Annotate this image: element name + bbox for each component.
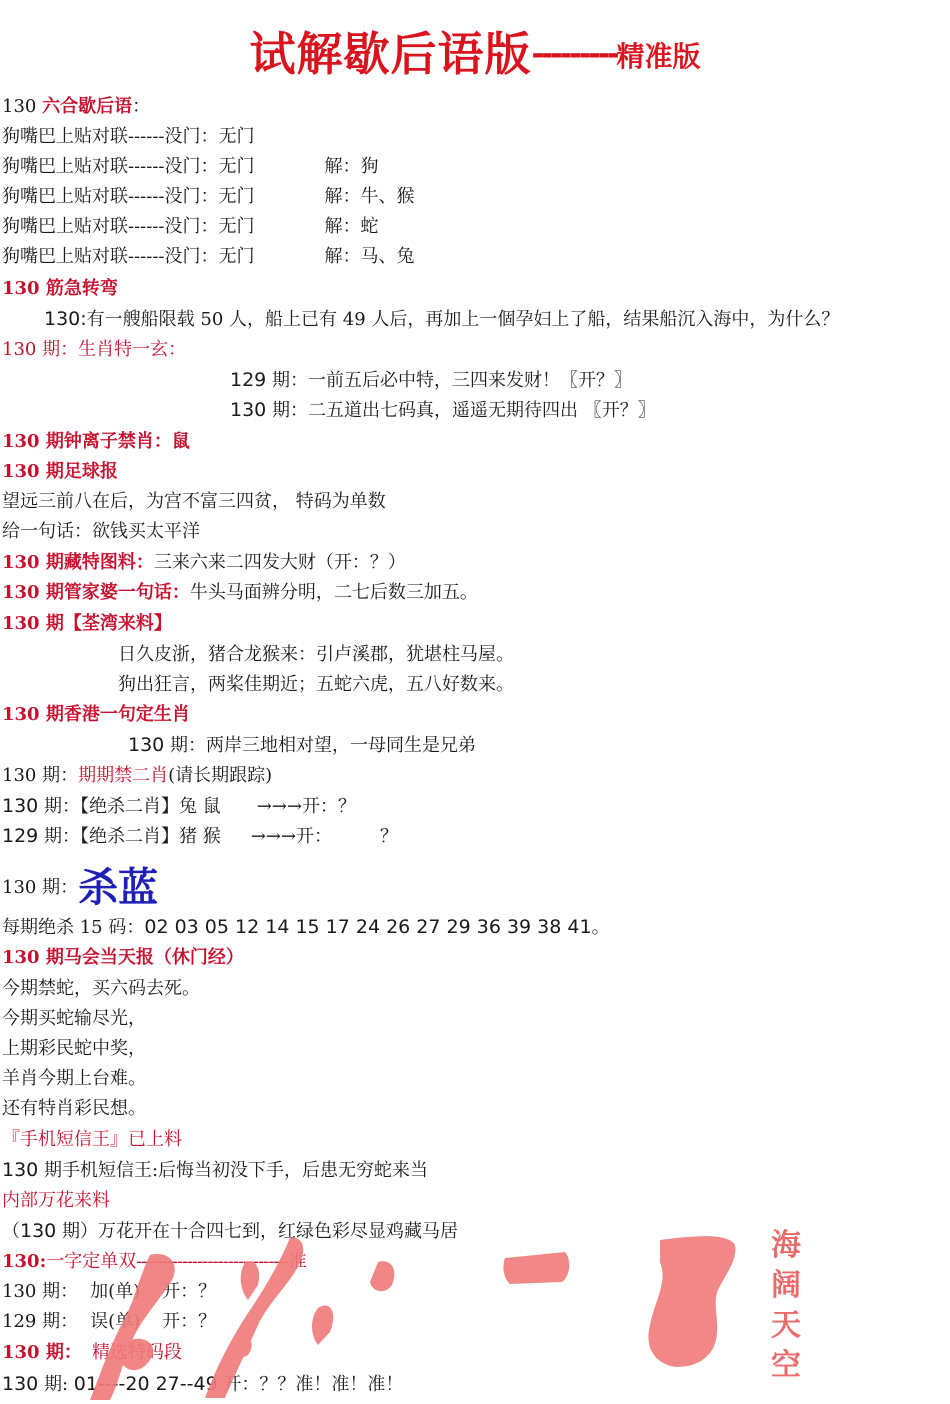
shengxiao-heading: 130 期：生肖特一玄： [2, 338, 186, 362]
title-dash: --------- [531, 37, 616, 72]
jiner-row: 129 期：【绝杀二肖】猪 猴→→→开：？ [2, 824, 398, 849]
quanwan-heading: 130 期【荃湾来料】 [2, 612, 172, 636]
jiner-row: 130 期：【绝杀二肖】兔 鼠→→→开：？ [2, 794, 356, 819]
zuqiubao-heading: 130 期足球报 [2, 460, 118, 484]
danshuang-heading: 130:一字定单双------------------------------准 [2, 1250, 307, 1274]
temaduan-line: 130 期: 01----20 27--49 开：？？准！准！准！ [2, 1372, 403, 1397]
xiehouyu-row: 狗嘴巴上贴对联------没门：无门解：牛、猴 [2, 185, 415, 209]
watermark-brush-strokes [0, 0, 950, 1404]
shengxiao-line: 129 期：一前五后必中特，三四来发财！〖开？〗 [230, 368, 632, 393]
quanwan-line: 狗出狂言，两桨佳期近；五蛇六虎，五八好数来。 [118, 673, 514, 697]
shalan-line: 130 期：杀蓝 [2, 868, 158, 900]
guanjiapo-line: 130 期管家婆一句话：牛头马面辨分明，二七后数三加五。 [2, 581, 478, 605]
jie-answer: 解：马、兔 [325, 246, 415, 267]
xianggang-heading: 130 期香港一句定生肖 [2, 703, 190, 727]
xianggang-line: 130 期：两岸三地相对望，一母同生是兄弟 [128, 733, 476, 758]
mahui-line: 上期彩民蛇中奖， [2, 1037, 146, 1061]
danshuang-row: 130 期：加(单)开：？ [2, 1280, 216, 1304]
duanxin-heading: 『手机短信王』已上料 [2, 1128, 182, 1152]
zhonglizi-line: 130 期钟离子禁肖：鼠 [2, 430, 190, 454]
mahui-heading: 130 期马会当天报（休门经） [2, 946, 244, 970]
jiner-heading: 130 期：期期禁二肖(请长期跟踪) [2, 764, 272, 788]
xiehouyu-row: 狗嘴巴上贴对联------没门：无门解：蛇 [2, 215, 379, 239]
mahui-line: 今期禁蛇，买六码去死。 [2, 977, 200, 1001]
mahui-line: 还有特肖彩民想。 [2, 1097, 146, 1121]
jinji-heading: 130 筋急转弯 [2, 277, 118, 301]
jinji-question: 130:有一艘船限载 50 人，船上已有 49 人后，再加上一個孕妇上了船，结果… [44, 307, 839, 332]
wanhua-heading: 内部万花来料 [2, 1189, 110, 1213]
page-title: 试解歇后语版---------精准版 [0, 18, 950, 84]
juesha15-line: 每期绝杀 15 码：02 03 05 12 14 15 17 24 26 27 … [2, 915, 610, 940]
temaduan-heading: 130 期：精选特码段 [2, 1341, 182, 1365]
xiehouyu-row: 狗嘴巴上贴对联------没门：无门解：马、兔 [2, 245, 415, 269]
jie-answer: 解：狗 [325, 156, 379, 177]
jie-answer: 解：蛇 [325, 216, 379, 237]
quanwan-line: 日久皮浙，猪合龙猴来：引卢溪郡，犹堪柱马屋。 [118, 643, 514, 667]
xiehouyu-row: 狗嘴巴上贴对联------没门：无门 [2, 125, 255, 149]
jie-answer: 解：牛、猴 [325, 186, 415, 207]
shalan-big: 杀蓝 [78, 865, 158, 911]
title-main: 试解歇后语版 [249, 27, 531, 81]
watermark-vertical-text: 海 阔 天 空 [768, 1226, 804, 1386]
title-sub: 精准版 [617, 40, 701, 73]
duanxin-line: 130 期手机短信王:后悔当初没下手，后患无穷蛇来当 [2, 1158, 428, 1183]
xiehouyu-title: 六合歇后语 [42, 96, 132, 117]
mahui-line: 今期买蛇输尽光， [2, 1007, 146, 1031]
zuqiubao-line: 望远三前八在后，为宫不富三四贫， 特码为单数 [2, 490, 386, 514]
xiehouyu-heading: 130 六合歇后语： [2, 95, 150, 119]
wanhua-line: （130 期）万花开在十合四七到，红绿色彩尽显鸡藏马居 [2, 1219, 458, 1244]
cangtetu-line: 130 期藏特图料：三来六来二四发大财（开：？） [2, 551, 406, 575]
zuqiubao-line: 给一句话：欲钱买太平洋 [2, 520, 200, 544]
shengxiao-line: 130 期：二五道出七码真，遥遥无期待四出 〖开？〗 [230, 398, 656, 423]
mahui-line: 羊肖今期上台难。 [2, 1067, 146, 1091]
xiehouyu-row: 狗嘴巴上贴对联------没门：无门解：狗 [2, 155, 379, 179]
danshuang-row: 129 期：误(单)开：？ [2, 1310, 216, 1334]
